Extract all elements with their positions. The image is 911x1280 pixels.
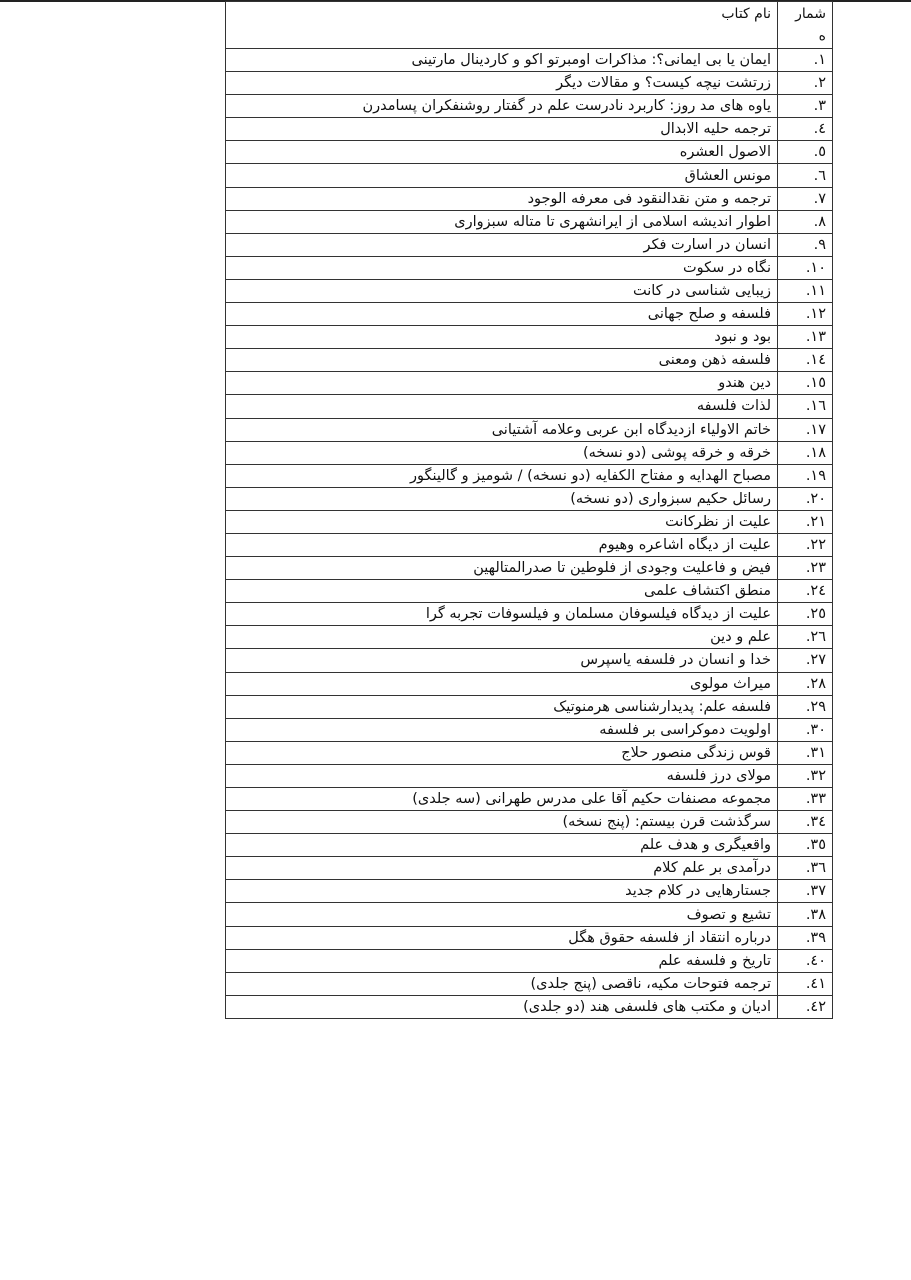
row-number: ۱۹. — [778, 464, 833, 487]
row-number: ۱۷. — [778, 418, 833, 441]
table-row: ۱۰.نگاه در سکوت — [226, 256, 833, 279]
row-number: ۳۱. — [778, 741, 833, 764]
table-row: ۱٥.دین هندو — [226, 372, 833, 395]
table-row: ۲۰.رسائل حکیم سبزواری (دو نسخه) — [226, 487, 833, 510]
book-title: فلسفه ذهن ومعنی — [226, 349, 778, 372]
book-title: زرتشت نیچه کیست؟ و مقالات دیگر — [226, 72, 778, 95]
table-row: ۳٦.درآمدی بر علم کلام — [226, 857, 833, 880]
row-number: ۱۲. — [778, 303, 833, 326]
book-title: اولویت دموکراسی بر فلسفه — [226, 718, 778, 741]
book-title: اطوار اندیشه اسلامی از ایرانشهری تا متال… — [226, 210, 778, 233]
book-title: ترجمه و متن نقدالنقود فی معرفه الوجود — [226, 187, 778, 210]
row-number: ٤۰. — [778, 949, 833, 972]
table-row: ۱٤.فلسفه ذهن ومعنی — [226, 349, 833, 372]
row-number: ۱۰. — [778, 256, 833, 279]
row-number: ۲۸. — [778, 672, 833, 695]
book-title: علیت از نظرکانت — [226, 510, 778, 533]
row-number: ۲۱. — [778, 510, 833, 533]
book-title: مولای درز فلسفه — [226, 764, 778, 787]
book-title: سرگذشت قرن بیستم: (پنج نسخه) — [226, 811, 778, 834]
table-row: ۲۲.علیت از دیگاه اشاعره وهیوم — [226, 533, 833, 556]
row-number: ۳. — [778, 95, 833, 118]
table-row: ۱۲.فلسفه و صلح جهانی — [226, 303, 833, 326]
row-number: ۲۹. — [778, 695, 833, 718]
table-row: ۲۸.میراث مولوی — [226, 672, 833, 695]
row-number: ۱۳. — [778, 326, 833, 349]
book-title: فلسفه علم: پدیدارشناسی هرمنوتیک — [226, 695, 778, 718]
table-row: ۳۰.اولویت دموکراسی بر فلسفه — [226, 718, 833, 741]
book-title: یاوه های مد روز: کاربرد نادرست علم در گف… — [226, 95, 778, 118]
row-number: ۹. — [778, 233, 833, 256]
table-row: ۱۹.مصباح الهدایه و مفتاح الکفایه (دو نسخ… — [226, 464, 833, 487]
table-row: ۲۱.علیت از نظرکانت — [226, 510, 833, 533]
book-title: ادیان و مکتب های فلسفی هند (دو جلدی) — [226, 995, 778, 1018]
book-title: واقعیگری و هدف علم — [226, 834, 778, 857]
row-number: ۳۲. — [778, 764, 833, 787]
column-header-number-line2: ه — [784, 28, 826, 44]
row-number: ۳٦. — [778, 857, 833, 880]
table-header-row: شمار ه نام کتاب — [226, 2, 833, 49]
row-number: ۷. — [778, 187, 833, 210]
table-row: ٦.مونس العشاق — [226, 164, 833, 187]
row-number: ٦. — [778, 164, 833, 187]
column-header-title: نام کتاب — [226, 2, 778, 49]
book-title: ایمان یا بی ایمانی؟: مذاکرات اومبرتو اکو… — [226, 49, 778, 72]
table-row: ۱۱.زیبایی شناسی در کانت — [226, 279, 833, 302]
table-row: ۳۳.مجموعه مصنفات حکیم آقا علی مدرس طهران… — [226, 788, 833, 811]
table-row: ۳۸.تشیع و تصوف — [226, 903, 833, 926]
table-row: ٤.ترجمه حلیه الابدال — [226, 118, 833, 141]
table-row: ٤۱.ترجمه فتوحات مکیه، ناقصی (پنج جلدی) — [226, 972, 833, 995]
book-title: تشیع و تصوف — [226, 903, 778, 926]
book-title: جستارهایی در کلام جدید — [226, 880, 778, 903]
book-title: علیت از دیدگاه فیلسوفان مسلمان و فیلسوفا… — [226, 603, 778, 626]
table-row: ۲۳.فیض و فاعلیت وجودی از فلوطین تا صدرال… — [226, 557, 833, 580]
book-title: مونس العشاق — [226, 164, 778, 187]
table-row: ۲۹.فلسفه علم: پدیدارشناسی هرمنوتیک — [226, 695, 833, 718]
book-title: بود و نبود — [226, 326, 778, 349]
row-number: ۱٤. — [778, 349, 833, 372]
table-row: ۹.انسان در اسارت فکر — [226, 233, 833, 256]
table-row: ۳٥.واقعیگری و هدف علم — [226, 834, 833, 857]
book-title: زیبایی شناسی در کانت — [226, 279, 778, 302]
book-title: مجموعه مصنفات حکیم آقا علی مدرس طهرانی (… — [226, 788, 778, 811]
table-row: ۷.ترجمه و متن نقدالنقود فی معرفه الوجود — [226, 187, 833, 210]
row-number: ۲٦. — [778, 626, 833, 649]
book-title: میراث مولوی — [226, 672, 778, 695]
book-title: قوس زندگی منصور حلاج — [226, 741, 778, 764]
table-row: ۱.ایمان یا بی ایمانی؟: مذاکرات اومبرتو ا… — [226, 49, 833, 72]
row-number: ۳٥. — [778, 834, 833, 857]
row-number: ۱. — [778, 49, 833, 72]
row-number: ۳۸. — [778, 903, 833, 926]
row-number: ۳۷. — [778, 880, 833, 903]
book-list-table: شمار ه نام کتاب ۱.ایمان یا بی ایمانی؟: م… — [225, 1, 833, 1019]
row-number: ٥. — [778, 141, 833, 164]
table-row: ۲٦.علم و دین — [226, 626, 833, 649]
row-number: ۸. — [778, 210, 833, 233]
table-row: ۳۲.مولای درز فلسفه — [226, 764, 833, 787]
table-row: ۸.اطوار اندیشه اسلامی از ایرانشهری تا مت… — [226, 210, 833, 233]
row-number: ۳٤. — [778, 811, 833, 834]
book-title: لذات فلسفه — [226, 395, 778, 418]
table-row: ۱۷.خاتم الاولیاء ازدیدگاه ابن عربی وعلام… — [226, 418, 833, 441]
column-header-number-line1: شمار — [784, 6, 826, 22]
book-title: خدا و انسان در فلسفه یاسپرس — [226, 649, 778, 672]
book-title: ترجمه فتوحات مکیه، ناقصی (پنج جلدی) — [226, 972, 778, 995]
row-number: ۳۳. — [778, 788, 833, 811]
table-row: ۳.یاوه های مد روز: کاربرد نادرست علم در … — [226, 95, 833, 118]
table-row: ۲۷.خدا و انسان در فلسفه یاسپرس — [226, 649, 833, 672]
book-title: مصباح الهدایه و مفتاح الکفایه (دو نسخه) … — [226, 464, 778, 487]
table-row: ۲٤.منطق اکتشاف علمی — [226, 580, 833, 603]
book-title: ترجمه حلیه الابدال — [226, 118, 778, 141]
book-title: منطق اکتشاف علمی — [226, 580, 778, 603]
column-header-number: شمار ه — [778, 2, 833, 49]
row-number: ۳۹. — [778, 926, 833, 949]
row-number: ٤. — [778, 118, 833, 141]
book-title: فلسفه و صلح جهانی — [226, 303, 778, 326]
book-title: نگاه در سکوت — [226, 256, 778, 279]
book-title: دین هندو — [226, 372, 778, 395]
row-number: ٤۱. — [778, 972, 833, 995]
book-title: الاصول العشره — [226, 141, 778, 164]
row-number: ۲۷. — [778, 649, 833, 672]
book-title: درباره انتقاد از فلسفه حقوق هگل — [226, 926, 778, 949]
book-title: علیت از دیگاه اشاعره وهیوم — [226, 533, 778, 556]
row-number: ۱٦. — [778, 395, 833, 418]
table-row: ٤۲.ادیان و مکتب های فلسفی هند (دو جلدی) — [226, 995, 833, 1018]
book-title: رسائل حکیم سبزواری (دو نسخه) — [226, 487, 778, 510]
book-title: درآمدی بر علم کلام — [226, 857, 778, 880]
row-number: ۲۰. — [778, 487, 833, 510]
row-number: ۱۱. — [778, 279, 833, 302]
row-number: ٤۲. — [778, 995, 833, 1018]
row-number: ۳۰. — [778, 718, 833, 741]
row-number: ۲٥. — [778, 603, 833, 626]
table-row: ۳۷.جستارهایی در کلام جدید — [226, 880, 833, 903]
table-row: ٥.الاصول العشره — [226, 141, 833, 164]
book-title: خاتم الاولیاء ازدیدگاه ابن عربی وعلامه آ… — [226, 418, 778, 441]
table-row: ۲.زرتشت نیچه کیست؟ و مقالات دیگر — [226, 72, 833, 95]
table-row: ۱۸.خرقه و خرقه پوشی (دو نسخه) — [226, 441, 833, 464]
row-number: ۲. — [778, 72, 833, 95]
table-row: ۳۹.درباره انتقاد از فلسفه حقوق هگل — [226, 926, 833, 949]
row-number: ۲۲. — [778, 533, 833, 556]
book-title: خرقه و خرقه پوشی (دو نسخه) — [226, 441, 778, 464]
row-number: ۲٤. — [778, 580, 833, 603]
table-row: ۱۳.بود و نبود — [226, 326, 833, 349]
table-row: ۳٤.سرگذشت قرن بیستم: (پنج نسخه) — [226, 811, 833, 834]
book-title: انسان در اسارت فکر — [226, 233, 778, 256]
book-title: علم و دین — [226, 626, 778, 649]
row-number: ۲۳. — [778, 557, 833, 580]
table-row: ۳۱.قوس زندگی منصور حلاج — [226, 741, 833, 764]
row-number: ۱٥. — [778, 372, 833, 395]
row-number: ۱۸. — [778, 441, 833, 464]
table-row: ٤۰.تاریخ و فلسفه علم — [226, 949, 833, 972]
book-title: تاریخ و فلسفه علم — [226, 949, 778, 972]
table-row: ۱٦.لذات فلسفه — [226, 395, 833, 418]
table-row: ۲٥.علیت از دیدگاه فیلسوفان مسلمان و فیلس… — [226, 603, 833, 626]
book-title: فیض و فاعلیت وجودی از فلوطین تا صدرالمتا… — [226, 557, 778, 580]
